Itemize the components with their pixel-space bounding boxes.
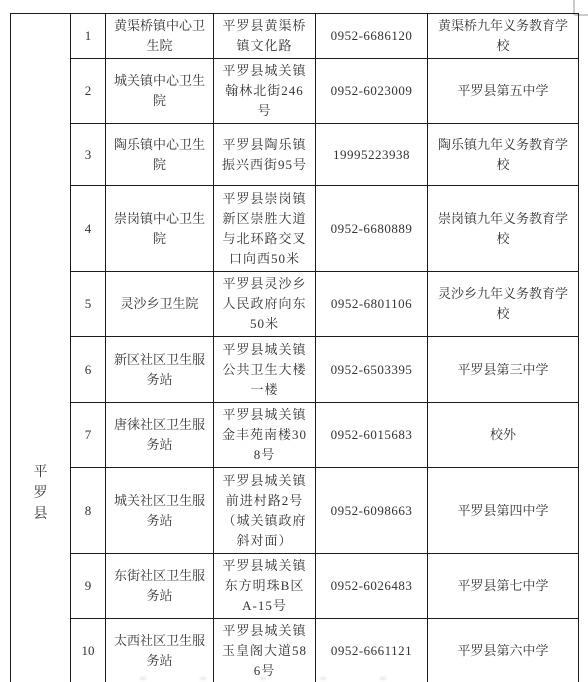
school-name: 平罗县第四中学 — [428, 468, 579, 554]
clinic-address: 平罗县城关镇翰林北街246号 — [214, 59, 316, 124]
clinic-name: 太西社区卫生服务站 — [106, 619, 214, 682]
school-name: 黄渠桥九年义务教育学校 — [428, 14, 579, 59]
school-name: 平罗县第七中学 — [428, 554, 579, 619]
school-name: 平罗县第五中学 — [428, 59, 579, 124]
row-number: 9 — [71, 554, 106, 619]
row-number: 6 — [71, 337, 106, 403]
clinic-phone: 0952-6686120 — [316, 14, 428, 59]
school-name: 校外 — [428, 403, 579, 468]
row-number: 8 — [71, 468, 106, 554]
school-name: 平罗县第六中学 — [428, 619, 579, 682]
clinic-phone: 0952-6015683 — [316, 403, 428, 468]
row-number: 7 — [71, 403, 106, 468]
clinic-phone: 0952-6661121 — [316, 619, 428, 682]
health-centers-table: 1 黄渠桥镇中心卫生院 平罗县黄渠桥镇文化路 0952-6686120 黄渠桥九… — [10, 13, 579, 682]
school-name: 陶乐镇九年义务教育学校 — [428, 124, 579, 186]
county-cell — [11, 14, 71, 682]
table-row: 9 东街社区卫生服务站 平罗县城关镇东方明珠B区A-15号 0952-60264… — [11, 554, 579, 619]
row-number: 3 — [71, 124, 106, 186]
row-number: 4 — [71, 186, 106, 272]
clinic-phone: 0952-6503395 — [316, 337, 428, 403]
document-page: 1 黄渠桥镇中心卫生院 平罗县黄渠桥镇文化路 0952-6686120 黄渠桥九… — [0, 0, 588, 682]
clinic-name: 城关社区卫生服务站 — [106, 468, 214, 554]
row-number: 5 — [71, 272, 106, 337]
clinic-phone: 0952-6801106 — [316, 272, 428, 337]
clinic-phone: 0952-6680889 — [316, 186, 428, 272]
clinic-address: 平罗县崇岗镇新区崇胜大道与北环路交叉口向西50米 — [214, 186, 316, 272]
table-row: 6 新区社区卫生服务站 平罗县城关镇公共卫生大楼一楼 0952-6503395 … — [11, 337, 579, 403]
school-name: 灵沙乡九年义务教育学校 — [428, 272, 579, 337]
clinic-address: 平罗县城关镇金丰苑南楼308号 — [214, 403, 316, 468]
clinic-name: 东街社区卫生服务站 — [106, 554, 214, 619]
clinic-phone: 0952-6023009 — [316, 59, 428, 124]
clinic-address: 平罗县城关镇玉皇阁大道586号 — [214, 619, 316, 682]
clinic-address: 平罗县城关镇东方明珠B区A-15号 — [214, 554, 316, 619]
clinic-phone: 19995223938 — [316, 124, 428, 186]
clinic-address: 平罗县黄渠桥镇文化路 — [214, 14, 316, 59]
school-name: 平罗县第三中学 — [428, 337, 579, 403]
table-row: 2 城关镇中心卫生院 平罗县城关镇翰林北街246号 0952-6023009 平… — [11, 59, 579, 124]
row-number: 2 — [71, 59, 106, 124]
row-number: 1 — [71, 14, 106, 59]
clinic-phone: 0952-6026483 — [316, 554, 428, 619]
table-row: 5 灵沙乡卫生院 平罗县灵沙乡人民政府向东50米 0952-6801106 灵沙… — [11, 272, 579, 337]
clinic-name: 崇岗镇中心卫生院 — [106, 186, 214, 272]
clinic-name: 城关镇中心卫生院 — [106, 59, 214, 124]
table-row: 3 陶乐镇中心卫生院 平罗县陶乐镇振兴西街95号 19995223938 陶乐镇… — [11, 124, 579, 186]
clinic-name: 唐徕社区卫生服务站 — [106, 403, 214, 468]
clinic-phone: 0952-6098663 — [316, 468, 428, 554]
table-row: 7 唐徕社区卫生服务站 平罗县城关镇金丰苑南楼308号 0952-6015683… — [11, 403, 579, 468]
county-label: 平罗县 — [32, 462, 49, 525]
clinic-name: 陶乐镇中心卫生院 — [106, 124, 214, 186]
clinic-address: 平罗县陶乐镇振兴西街95号 — [214, 124, 316, 186]
table-row: 4 崇岗镇中心卫生院 平罗县崇岗镇新区崇胜大道与北环路交叉口向西50米 0952… — [11, 186, 579, 272]
clinic-name: 新区社区卫生服务站 — [106, 337, 214, 403]
clinic-name: 黄渠桥镇中心卫生院 — [106, 14, 214, 59]
table-row: 1 黄渠桥镇中心卫生院 平罗县黄渠桥镇文化路 0952-6686120 黄渠桥九… — [11, 14, 579, 59]
health-centers-table-wrap: 1 黄渠桥镇中心卫生院 平罗县黄渠桥镇文化路 0952-6686120 黄渠桥九… — [10, 13, 578, 682]
school-name: 崇岗镇九年义务教育学校 — [428, 186, 579, 272]
table-row: 10 太西社区卫生服务站 平罗县城关镇玉皇阁大道586号 0952-666112… — [11, 619, 579, 682]
table-row: 8 城关社区卫生服务站 平罗县城关镇前进村路2号（城关镇政府斜对面） 0952-… — [11, 468, 579, 554]
row-number: 10 — [71, 619, 106, 682]
clinic-address: 平罗县城关镇前进村路2号（城关镇政府斜对面） — [214, 468, 316, 554]
clinic-address: 平罗县城关镇公共卫生大楼一楼 — [214, 337, 316, 403]
cropped-caption-artifact — [140, 677, 440, 680]
clinic-address: 平罗县灵沙乡人民政府向东50米 — [214, 272, 316, 337]
clinic-name: 灵沙乡卫生院 — [106, 272, 214, 337]
